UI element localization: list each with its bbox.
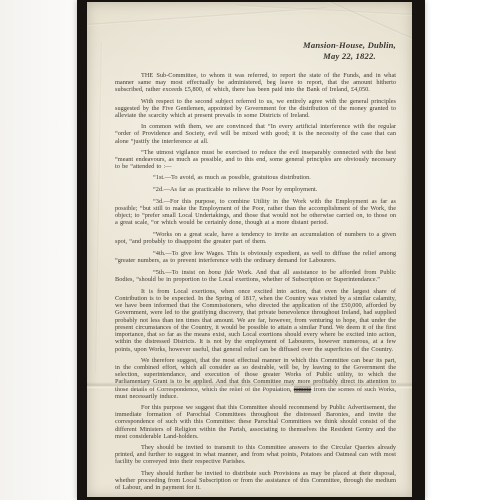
quoted-list-item: “5th.—To insist on bona fide Work. And t… (115, 269, 396, 283)
document-photo: Mansion-House, Dublin, May 22, 1822. THE… (77, 0, 425, 500)
quoted-list-item: “2d.—As far as practicable to relieve th… (115, 186, 396, 193)
paragraph: THE Sub-Committee, to whom it was referr… (115, 72, 396, 94)
quoted-list-item: “1st.—To avoid, as much as possible, gra… (115, 174, 396, 181)
dateline: Mansion-House, Dublin, May 22, 1822. (87, 40, 396, 64)
document-paper: Mansion-House, Dublin, May 22, 1822. THE… (87, 2, 412, 497)
dateline-date: May 22, 1822. (303, 51, 396, 62)
page-background: Mansion-House, Dublin, May 22, 1822. THE… (0, 0, 500, 500)
quoted-list-item: “Works on a great scale, have a tendency… (115, 231, 396, 245)
paper-crease (237, 5, 412, 17)
quoted-list-item: “3d.—For this purpose, to combine Utilit… (115, 198, 396, 227)
dateline-place: Mansion-House, Dublin, (303, 40, 396, 51)
paragraph: They should be invited to transmit to th… (115, 444, 396, 466)
paragraph: It is from Local exertions, when once ex… (115, 288, 396, 353)
paragraph: For this purpose we suggest that this Co… (115, 404, 396, 440)
paragraph: We therefore suggest, that the most effe… (115, 357, 396, 400)
paper-crease (87, 7, 327, 26)
paragraph: With respect to the second subject refer… (115, 98, 396, 120)
paragraph: In common with them, we are convinced th… (115, 123, 396, 145)
quoted-list-item: “4th.—To give low Wages. This is obvious… (115, 250, 396, 264)
paragraph: “The utmost vigilance must be exercised … (115, 149, 396, 171)
paper-crease (95, 42, 103, 372)
document-body: THE Sub-Committee, to whom it was referr… (115, 72, 396, 491)
paragraph: They should further be invited to distri… (115, 470, 396, 492)
